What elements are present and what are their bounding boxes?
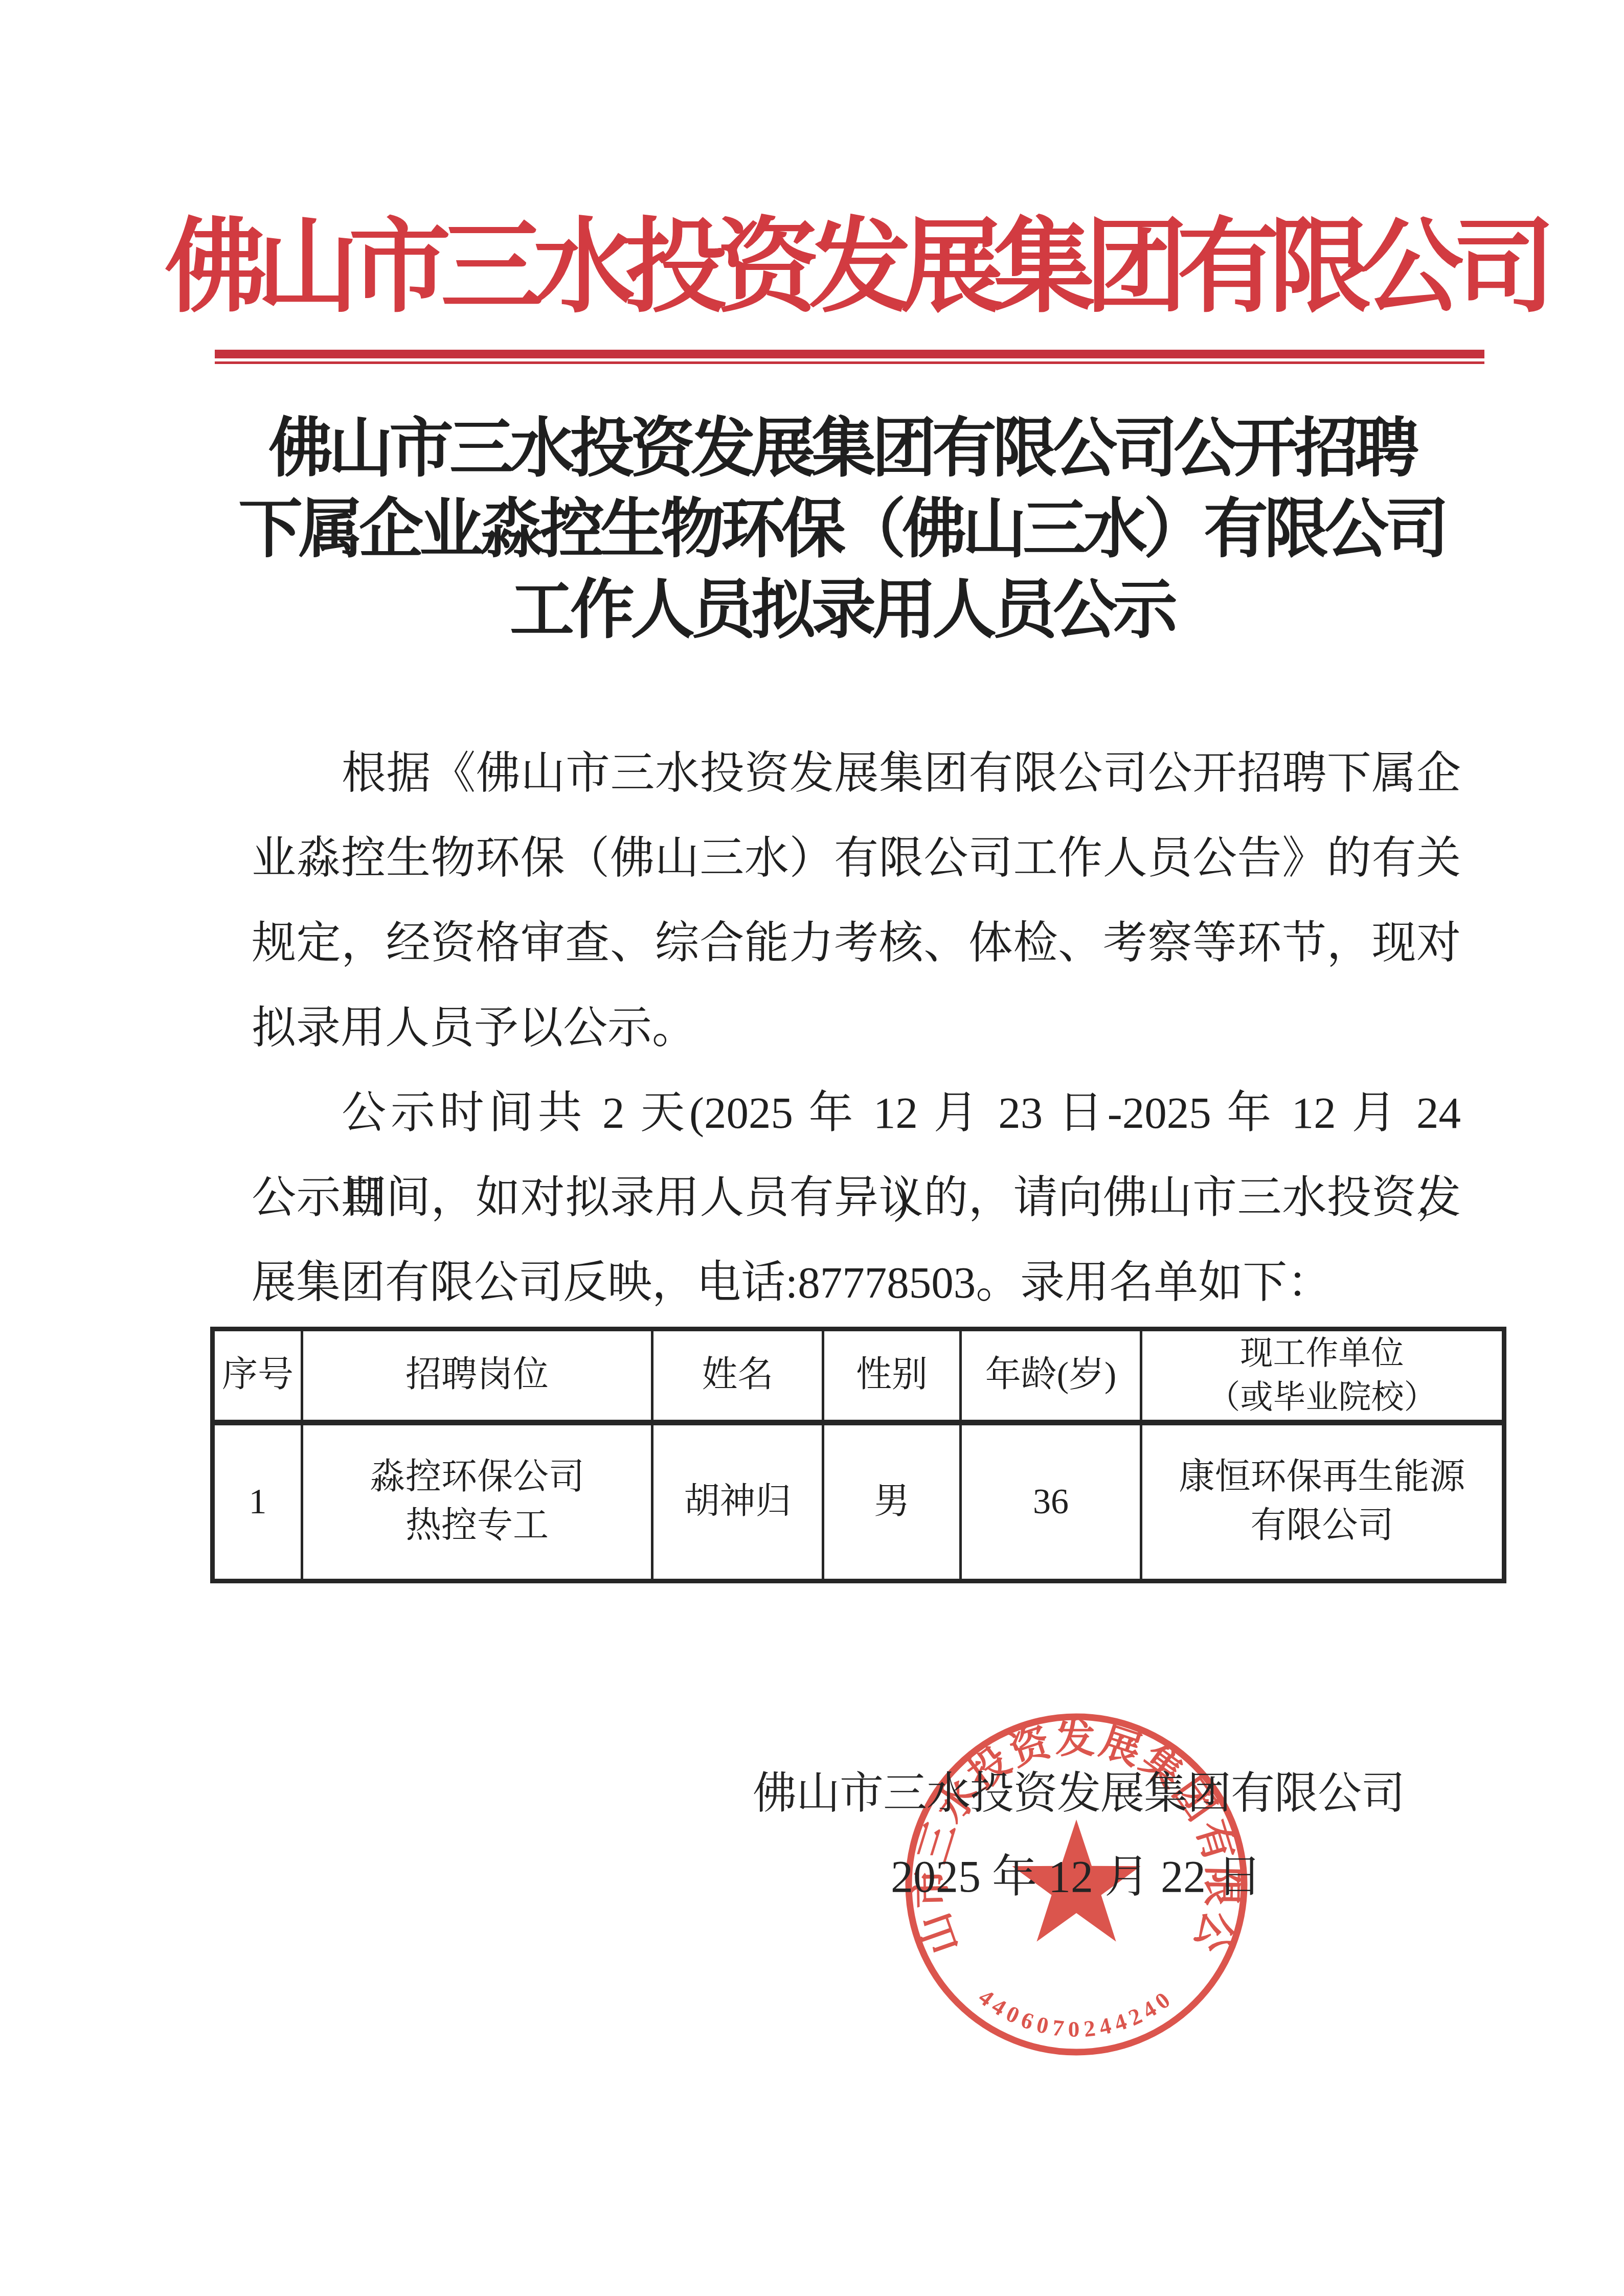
table-header-cell: 招聘岗位 <box>302 1329 652 1423</box>
table-cell: 男 <box>823 1422 961 1581</box>
paragraph: 公示时间共 2 天(2025 年 12 月 23 日-2025 年 12 月 2… <box>252 1071 1461 1325</box>
document-title-line-1: 佛山市三水投资发展集团有限公司公开招聘 <box>59 409 1624 490</box>
document-title-line-2: 下属企业淼控生物环保（佛山三水）有限公司 <box>59 490 1624 571</box>
table-body: 1淼控环保公司 热控专工胡神归男36康恒环保再生能源 有限公司 <box>213 1422 1504 1581</box>
table-header-cell: 姓名 <box>652 1329 823 1423</box>
paragraph: 根据《佛山市三水投资发展集团有限公司公开招聘下属企业淼控生物环保（佛山三水）有限… <box>252 731 1461 1071</box>
seal-company-arc: 佛山市三水投资发展集团有限公司 <box>900 1702 1245 1960</box>
paragraph-line: 展集团有限公司反映，电话:87778503。录用名单如下： <box>252 1240 1461 1325</box>
document-title: 佛山市三水投资发展集团有限公司公开招聘 下属企业淼控生物环保（佛山三水）有限公司… <box>0 409 1624 651</box>
table-cell: 胡神归 <box>652 1422 823 1581</box>
table-header: 序号招聘岗位姓名性别年龄(岁)现工作单位 （或毕业院校） <box>213 1329 1504 1423</box>
candidates-table: 序号招聘岗位姓名性别年龄(岁)现工作单位 （或毕业院校） 1淼控环保公司 热控专… <box>210 1327 1506 1583</box>
paragraph-line: 根据《佛山市三水投资发展集团有限公司公开招聘下属企 <box>252 731 1461 816</box>
paragraph-line: 公示期间，如对拟录用人员有异议的，请向佛山市三水投资发 <box>252 1155 1461 1240</box>
letterhead-rule-thick <box>215 350 1484 358</box>
table-row: 1淼控环保公司 热控专工胡神归男36康恒环保再生能源 有限公司 <box>213 1422 1504 1581</box>
signature-company: 佛山市三水投资发展集团有限公司 <box>753 1768 1405 1819</box>
document-page: 佛山市三水投资发展集团有限公司 佛山市三水投资发展集团有限公司公开招聘 下属企业… <box>0 0 1624 2296</box>
table-cell: 淼控环保公司 热控专工 <box>302 1422 652 1581</box>
table-header-row: 序号招聘岗位姓名性别年龄(岁)现工作单位 （或毕业院校） <box>213 1329 1504 1423</box>
body-paragraphs: 根据《佛山市三水投资发展集团有限公司公开招聘下属企业淼控生物环保（佛山三水）有限… <box>252 731 1461 1325</box>
letterhead-company: 佛山市三水投资发展集团有限公司 <box>0 206 1624 329</box>
paragraph-line: 业淼控生物环保（佛山三水）有限公司工作人员公告》的有关 <box>252 816 1461 901</box>
signature-date: 2025 年 12 月 22 日 <box>891 1852 1262 1903</box>
table-header-cell: 性别 <box>823 1329 961 1423</box>
paragraph-line: 规定，经资格审查、综合能力考核、体检、考察等环节，现对 <box>252 901 1461 986</box>
table-cell: 36 <box>961 1422 1141 1581</box>
table-header-cell: 序号 <box>213 1329 302 1423</box>
paragraph-line: 拟录用人员予以公示。 <box>252 986 1461 1071</box>
table-header-cell: 现工作单位 （或毕业院校） <box>1141 1329 1504 1423</box>
table-header-cell: 年龄(岁) <box>961 1329 1141 1423</box>
table-cell: 康恒环保再生能源 有限公司 <box>1141 1422 1504 1581</box>
letterhead-rule-thin <box>215 361 1484 364</box>
table-cell: 1 <box>213 1422 302 1581</box>
document-title-line-3: 工作人员拟录用人员公示 <box>59 571 1624 651</box>
paragraph-line: 公示时间共 2 天(2025 年 12 月 23 日-2025 年 12 月 2… <box>252 1071 1461 1155</box>
